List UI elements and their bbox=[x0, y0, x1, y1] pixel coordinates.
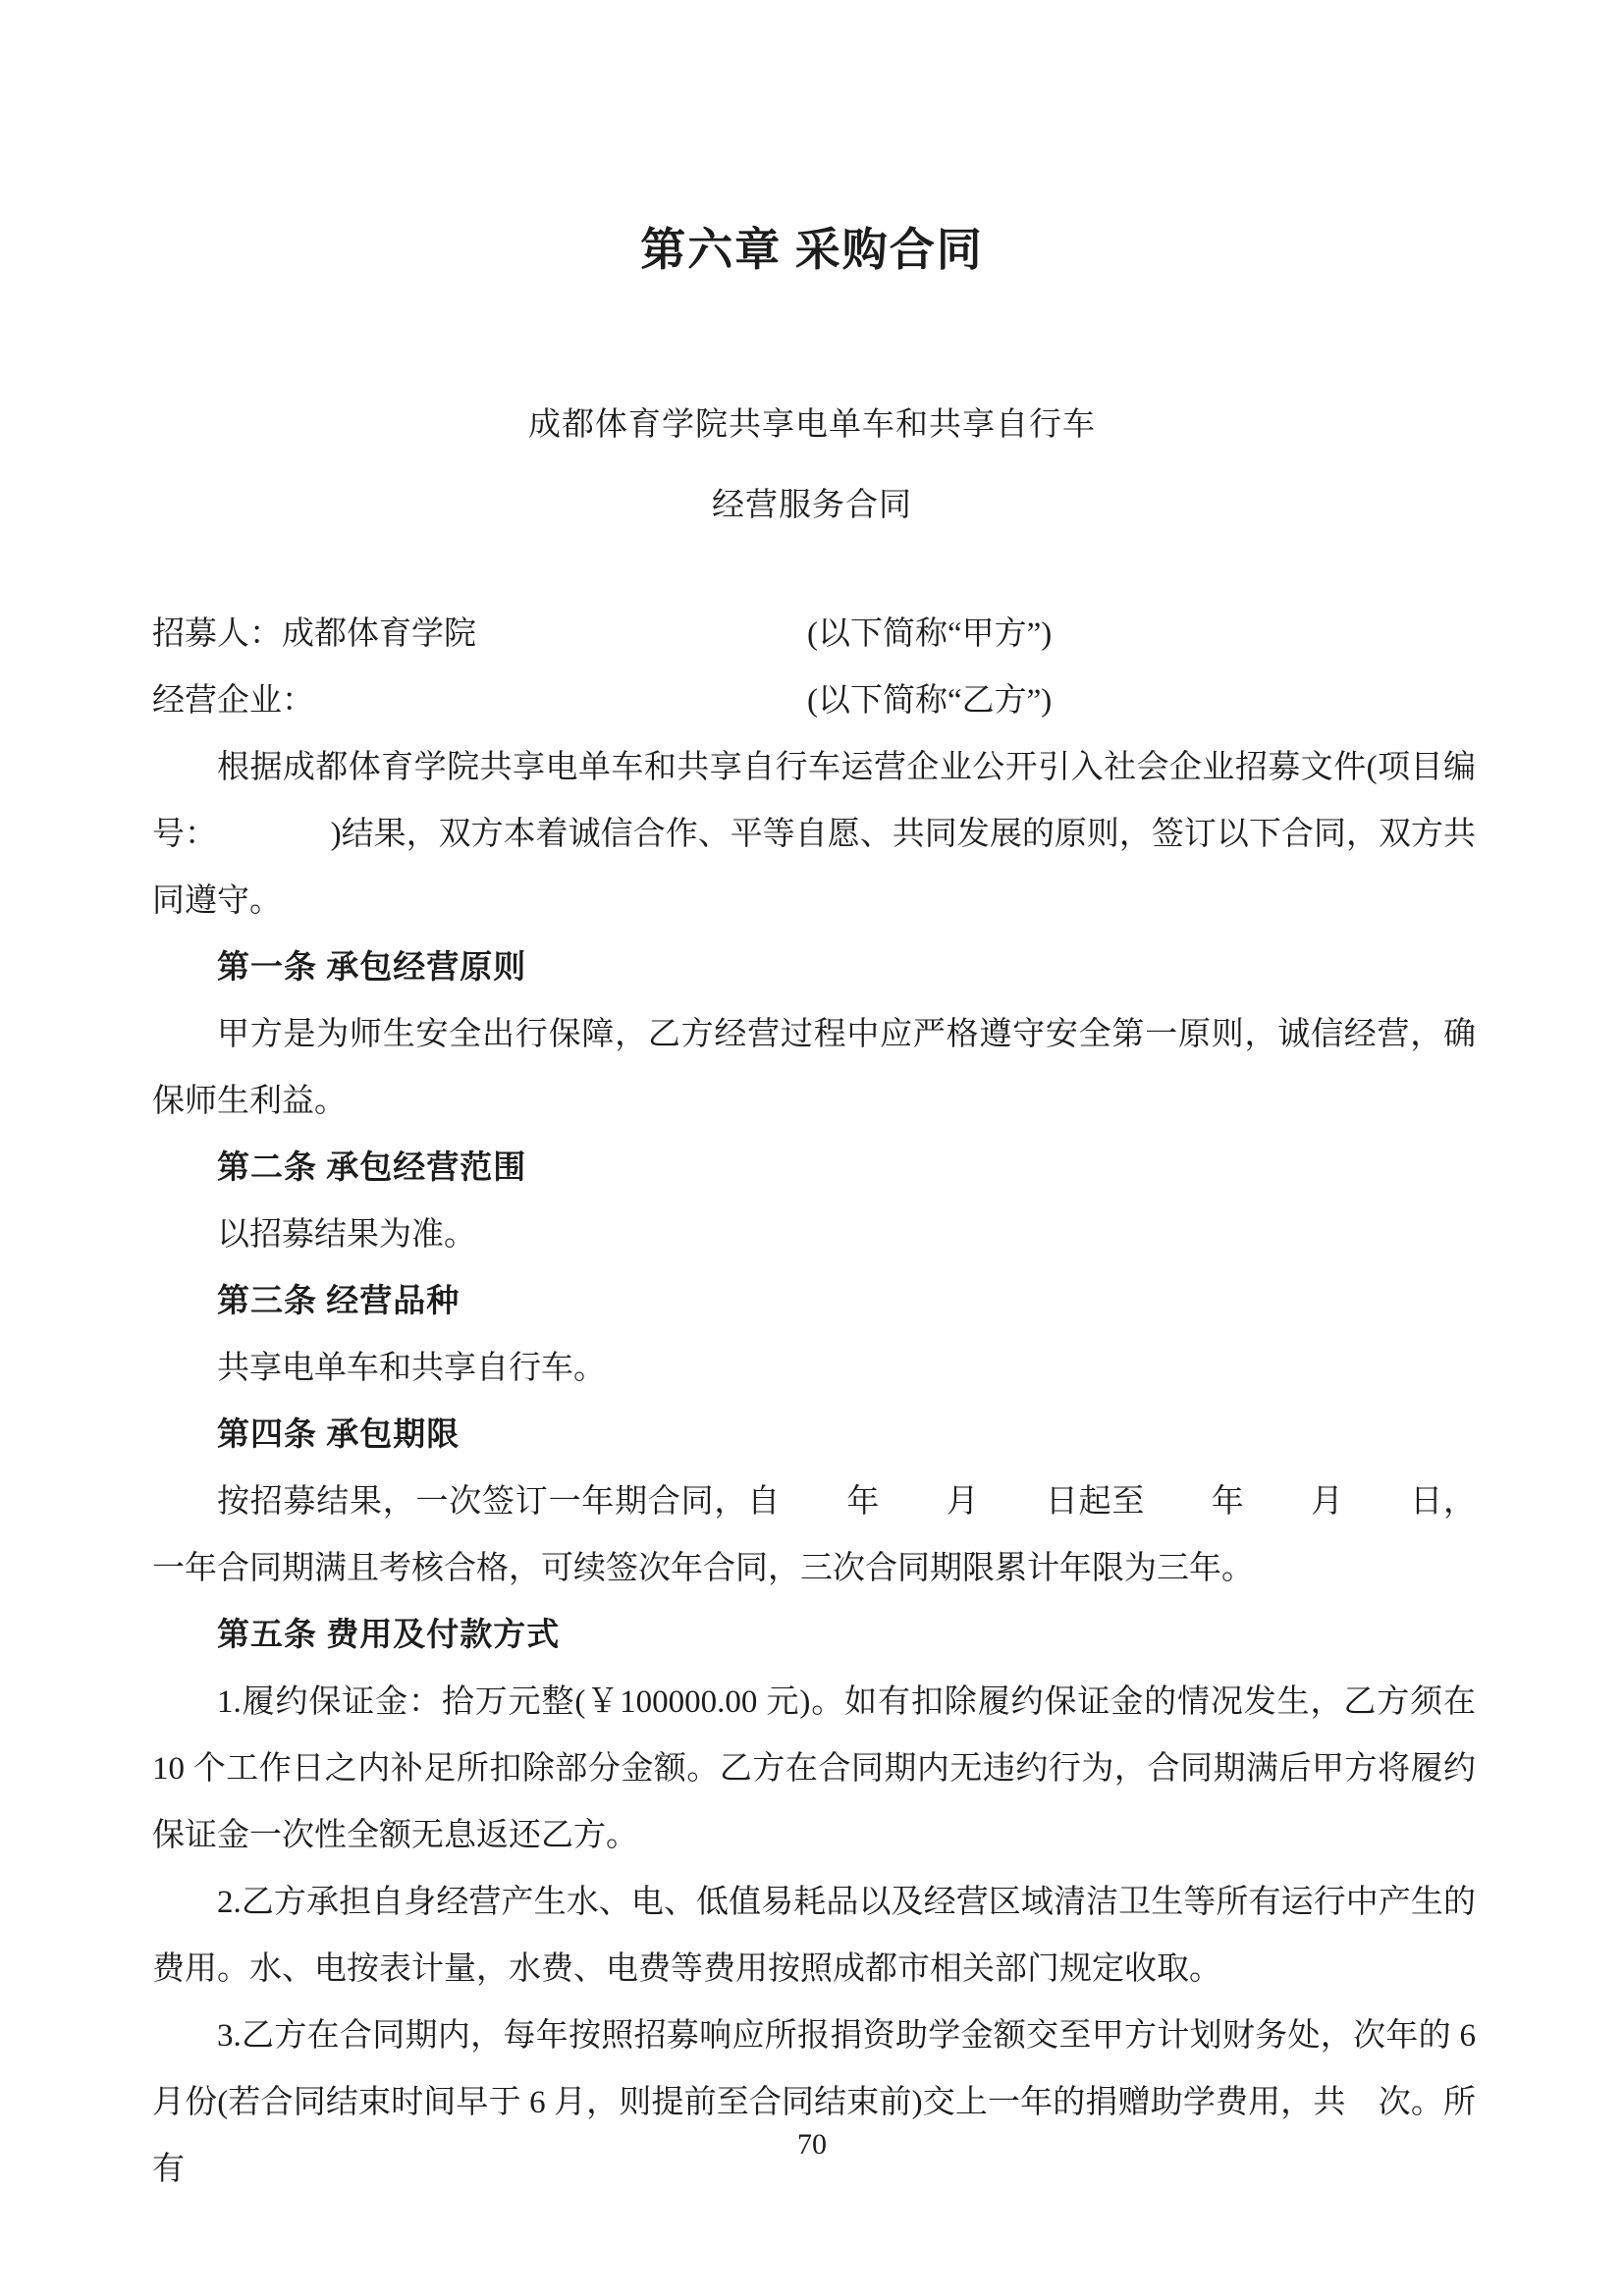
party-row-recruiter: 招募人：成都体育学院 (以下简称“甲方”) bbox=[152, 601, 1476, 667]
clause-5-paragraph-2: 2.乙方承担自身经营产生水、电、低值易耗品以及经营区域清洁卫生等所有运行中产生的… bbox=[152, 1869, 1476, 2002]
preamble-paragraph: 根据成都体育学院共享电单车和共享自行车运营企业公开引入社会企业招募文件(项目编号… bbox=[152, 734, 1476, 934]
recruiter-label: 招募人：成都体育学院 bbox=[152, 616, 476, 652]
contract-document-page: 第六章 采购合同 成都体育学院共享电单车和共享自行车 经营服务合同 招募人：成都… bbox=[0, 0, 1624, 2296]
clause-5-paragraph-3: 3.乙方在合同期内，每年按照招募响应所报捐资助学金额交至甲方计划财务处，次年的 … bbox=[152, 2002, 1476, 2203]
operator-label: 经营企业： bbox=[152, 683, 314, 719]
clause-3-heading: 第三条 经营品种 bbox=[152, 1268, 1476, 1335]
clause-5-heading: 第五条 费用及付款方式 bbox=[152, 1602, 1476, 1669]
operator-alias: (以下简称“乙方”) bbox=[807, 667, 1052, 734]
contract-subtitle-line1: 成都体育学院共享电单车和共享自行车 bbox=[0, 399, 1624, 445]
chapter-title: 第六章 采购合同 bbox=[0, 214, 1624, 279]
clause-2-paragraph: 以招募结果为准。 bbox=[152, 1201, 1476, 1268]
clause-2-heading: 第二条 承包经营范围 bbox=[152, 1135, 1476, 1201]
contract-body: 招募人：成都体育学院 (以下简称“甲方”) 经营企业： (以下简称“乙方”) 根… bbox=[152, 601, 1476, 2203]
clause-4-heading: 第四条 承包期限 bbox=[152, 1402, 1476, 1468]
clause-3-paragraph: 共享电单车和共享自行车。 bbox=[152, 1335, 1476, 1402]
clause-5-paragraph-1: 1.履约保证金：拾万元整(￥100000.00 元)。如有扣除履约保证金的情况发… bbox=[152, 1669, 1476, 1869]
contract-subtitle-line2: 经营服务合同 bbox=[0, 479, 1624, 525]
clause-1-paragraph: 甲方是为师生安全出行保障，乙方经营过程中应严格遵守安全第一原则，诚信经营，确保师… bbox=[152, 1001, 1476, 1135]
clause-4-paragraph: 按招募结果，一次签订一年期合同，自 年 月 日起至 年 月 日，一年合同期满且考… bbox=[152, 1468, 1476, 1602]
party-row-operator: 经营企业： (以下简称“乙方”) bbox=[152, 667, 1476, 734]
recruiter-alias: (以下简称“甲方”) bbox=[807, 601, 1052, 667]
clause-1-heading: 第一条 承包经营原则 bbox=[152, 934, 1476, 1001]
page-number: 70 bbox=[0, 2128, 1624, 2162]
